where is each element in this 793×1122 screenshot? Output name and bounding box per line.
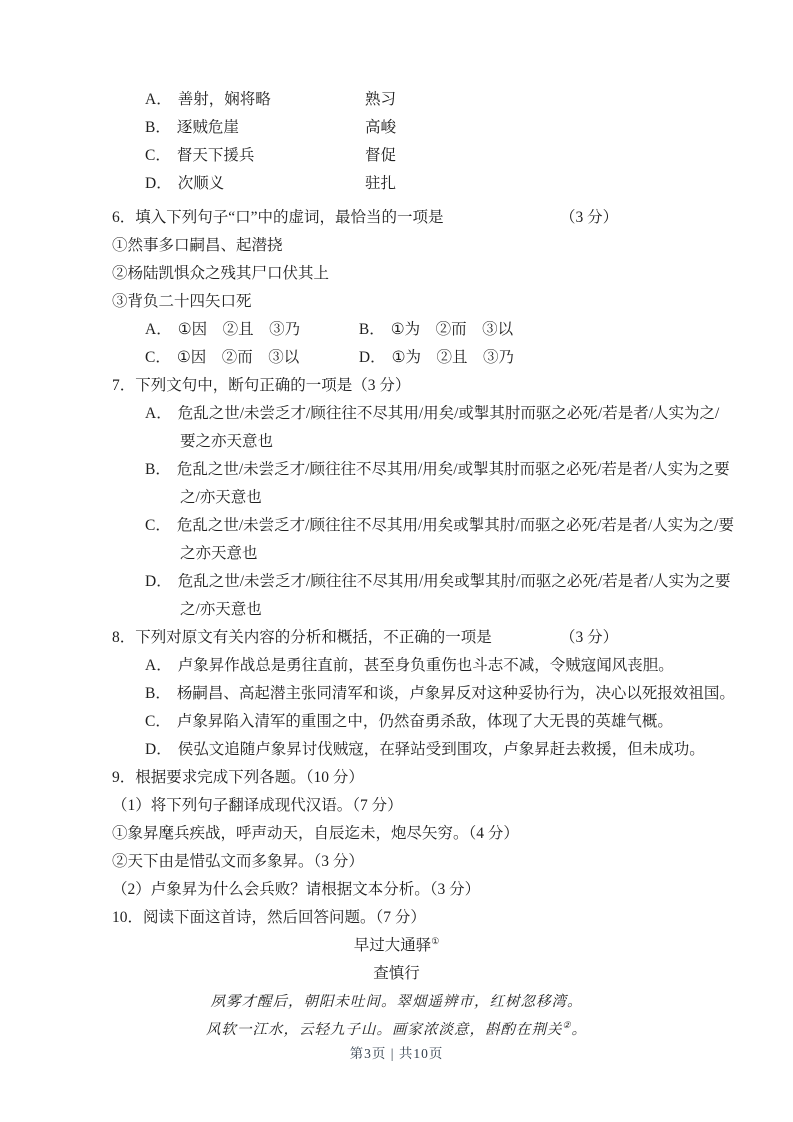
option-gloss: 高峻 [365, 119, 396, 136]
option-phrase: 次顺义 [178, 175, 225, 192]
poem-author: 查慎行 [0, 960, 793, 988]
question-6-sentence-2: ②杨陆凯惧众之残其尸口伏其上 [112, 260, 723, 288]
exam-content: A．善射，娴将略熟习 B．逐贼危崖高峻 C．督天下援兵督促 D．次顺义驻扎 6．… [0, 0, 793, 1044]
poem-line-1: 夙雾才醒后，朝阳未吐间。翠烟遥辨市，红树忽移湾。 [0, 988, 793, 1016]
question-7-stem: 7．下列文句中，断句正确的一项是（3 分） [112, 372, 723, 400]
option-letter: D． [145, 175, 172, 192]
option-gloss: 熟习 [365, 91, 396, 108]
poem-title: 早过大通驿① [0, 932, 793, 960]
question-7-option-b-line1: B．危乱之世/未尝乏才/顾往往不尽其用/用矣/或掣其肘而驱之必死/若是者/人实为… [112, 456, 723, 484]
question-8-option-d: D．侯弘文追随卢象昇讨伐贼寇，在驿站受到围攻，卢象昇赶去救援，但未成功。 [112, 736, 723, 764]
option-letter: B． [145, 119, 171, 136]
option-letter: A． [145, 91, 172, 108]
question-6-option-c: C．①因 ②而 ③以 [145, 344, 355, 372]
question-8-option-b: B．杨嗣昌、高起潜主张同清军和谈，卢象昇反对这种妥协行为，决心以死报效祖国。 [112, 680, 723, 708]
option-phrase: 善射，娴将略 [178, 91, 271, 108]
question-9-stem: 9．根据要求完成下列各题。（10 分） [112, 764, 723, 792]
question-10-stem: 10．阅读下面这首诗，然后回答问题。（7 分） [112, 904, 723, 932]
question-8-option-c: C．卢象昇陷入清军的重围之中，仍然奋勇杀敌，体现了大无畏的英雄气概。 [112, 708, 723, 736]
question-6-sentence-1: ①然事多口嗣昌、起潜挠 [112, 232, 723, 260]
match-option-c: C．督天下援兵督促 [112, 142, 723, 170]
question-6-option-d: D．①为 ②且 ③乃 [359, 349, 514, 366]
question-8-option-a: A．卢象昇作战总是勇往直前，甚至身负重伤也斗志不减，令贼寇闻风丧胆。 [112, 652, 723, 680]
question-7-option-c-line1: C．危乱之世/未尝乏才/顾往往不尽其用/用矣或掣其肘/而驱之必死/若是者/人实为… [112, 512, 723, 540]
question-6-score: （3 分） [560, 204, 618, 232]
option-letter: C． [145, 147, 171, 164]
match-option-b: B．逐贼危崖高峻 [112, 114, 723, 142]
option-gloss: 督促 [365, 147, 396, 164]
match-option-d: D．次顺义驻扎 [112, 170, 723, 198]
question-7-option-a-line1: A．危乱之世/未尝乏才/顾往往不尽其用/用矣/或掣其肘而驱之必死/若是者/人实为… [112, 400, 723, 428]
question-6-sentence-3: ③背负二十四矢口死 [112, 288, 723, 316]
option-phrase: 督天下援兵 [177, 147, 255, 164]
question-6-options-row-2: C．①因 ②而 ③以 D．①为 ②且 ③乃 [112, 344, 723, 372]
exam-paper-page: A．善射，娴将略熟习 B．逐贼危崖高峻 C．督天下援兵督促 D．次顺义驻扎 6．… [0, 0, 793, 1122]
match-option-a: A．善射，娴将略熟习 [112, 86, 723, 114]
poem-line-2-note-ref: ② [562, 1020, 571, 1030]
question-9-translate-1: ①象昇麾兵疾战，呼声动天，自辰迄未，炮尽矢穷。（4 分） [112, 820, 723, 848]
question-6-option-b: B．①为 ②而 ③以 [359, 321, 513, 338]
question-7-option-c-line2: 之亦天意也 [112, 540, 723, 568]
poem-title-note-ref: ① [431, 936, 439, 946]
question-7-option-d-line2: 之/亦天意也 [112, 596, 723, 624]
question-6-option-a: A．①因 ②且 ③乃 [145, 316, 355, 344]
question-9-sub-2: （2）卢象昇为什么会兵败？请根据文本分析。（3 分） [112, 876, 723, 904]
question-9-translate-2: ②天下由是惜弘文而多象昇。（3 分） [112, 848, 723, 876]
question-6-stem: 6．填入下列句子“口”中的虚词，最恰当的一项是 （3 分） [112, 204, 723, 232]
question-8-score: （3 分） [560, 624, 618, 652]
option-gloss: 驻扎 [365, 175, 396, 192]
question-8-stem: 8．下列对原文有关内容的分析和概括，不正确的一项是 （3 分） [112, 624, 723, 652]
question-7-option-b-line2: 之/亦天意也 [112, 484, 723, 512]
page-number-footer: 第3页 | 共10页 [0, 1040, 793, 1068]
option-phrase: 逐贼危崖 [177, 119, 239, 136]
question-6-options-row-1: A．①因 ②且 ③乃 B．①为 ②而 ③以 [112, 316, 723, 344]
question-7-option-a-line2: 要之亦天意也 [112, 428, 723, 456]
question-7-option-d-line1: D．危乱之世/未尝乏才/顾往往不尽其用/用矣或掣其肘/而驱之必死/若是者/人实为… [112, 568, 723, 596]
question-9-sub-1: （1）将下列句子翻译成现代汉语。（7 分） [112, 792, 723, 820]
